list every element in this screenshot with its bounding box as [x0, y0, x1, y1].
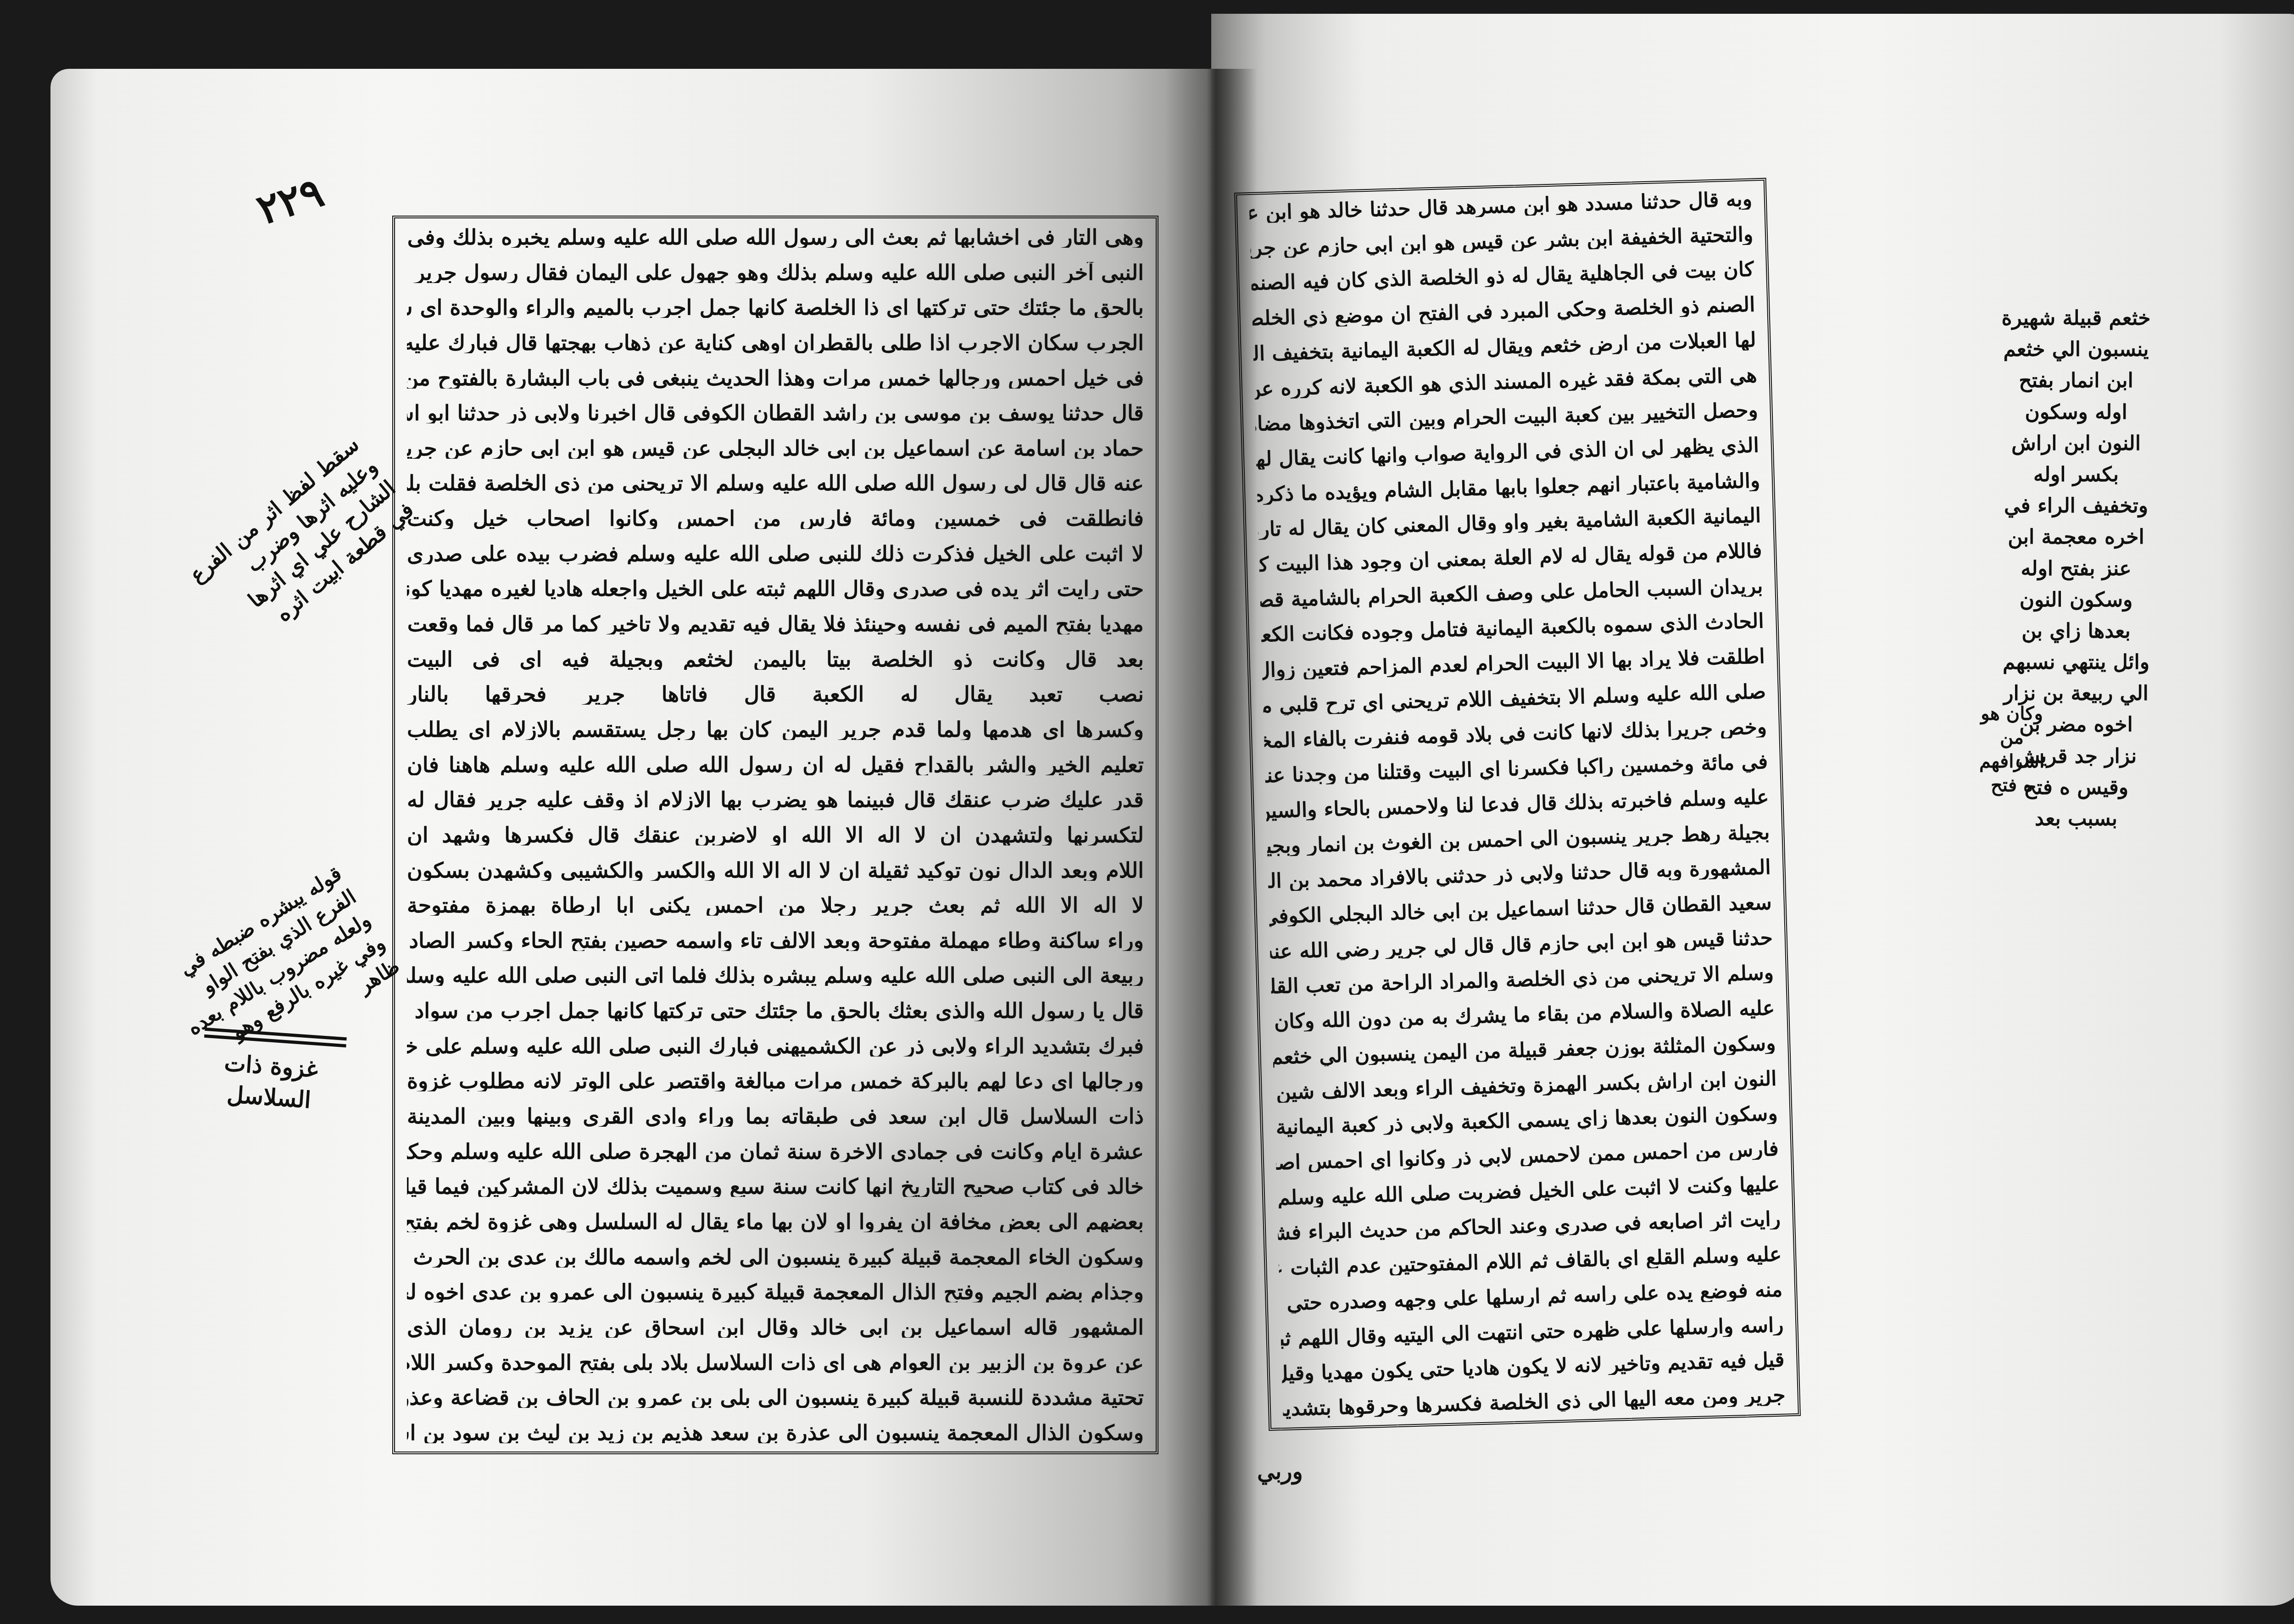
text-line: جرير ومن معه اليها الي ذي الخلصة فكسرها …: [1282, 1385, 1786, 1419]
text-line: رايت اثر اصابعه في صدري وعند الحاكم من ح…: [1278, 1209, 1781, 1244]
left-page-text-block: وهي التار في اخشابها ثم بعث الي رسول الل…: [392, 216, 1158, 1454]
text-line: والشامية باعتبار انهم جعلوا بابها مقابل …: [1257, 471, 1760, 505]
text-line: حدثنا قيس هو ابن ابي حازم قال قال لي جري…: [1270, 928, 1773, 962]
text-line: عشرة ايام وكانت في جمادي الاخرة سنة ثمان…: [407, 1141, 1144, 1162]
margin-note-right-small: وكان هو من اشرافهم ه فتح: [1973, 702, 2051, 797]
text-line: تحتية مشددة للنسبة قبيلة كبيرة ينسبون ال…: [407, 1387, 1144, 1408]
text-line: وخص جريرا بذلك لانها كانت في بلاد قومه ف…: [1264, 717, 1767, 751]
text-line: وسلم الا تريحني من ذي الخلصة والمراد الر…: [1271, 963, 1774, 997]
text-line: والتحتية الخفيفة ابن بشر عن قيس هو ابن ا…: [1250, 224, 1754, 259]
section-heading-text: غزوة ذات السلاسل: [181, 1045, 359, 1118]
text-line: قيل فيه تقديم وتاخير لانه لا يكون هاديا …: [1281, 1350, 1785, 1385]
catchword: وربي: [1257, 1459, 1303, 1485]
text-line: اللام وبعد الدال نون توكيد ثقيلة ان لا ا…: [407, 860, 1144, 881]
text-line: وسكون المثلثة بوزن جعفر قبيلة من اليمن ي…: [1273, 1034, 1776, 1068]
text-line: راسه وارسلها علي ظهره حتي انتهت الي اليت…: [1281, 1315, 1784, 1349]
text-line: حماد بن اسامة عن اسماعيل بن ابي خالد الب…: [407, 438, 1144, 459]
text-line: بالحق ما جئتك حتي تركتها اي ذا الخلصة كا…: [407, 297, 1144, 318]
text-line: ورجالها اي دعا لهم بالبركة خمس مرات مبال…: [407, 1070, 1144, 1091]
text-line: مهديا بفتح الميم في نفسه وحينئذ فلا يقال…: [407, 613, 1144, 634]
right-page-text-block: وبه قال حدثنا مسدد هو ابن مسرهد قال حدثن…: [1234, 178, 1801, 1431]
text-line: عليه الصلاة والسلام من بقاء ما يشرك به م…: [1272, 998, 1775, 1033]
text-line: لا اله الا الله ثم بعث جرير رجلا من احمس…: [407, 895, 1144, 916]
text-line: وسكون الخاء المعجمة قبيلة كبيرة ينسبون ا…: [407, 1246, 1144, 1268]
text-line: بعد قال وكانت ذو الخلصة بيتا باليمن لخثع…: [407, 649, 1144, 670]
text-line: اليمانية الكعبة الشامية بغير واو وقال ال…: [1258, 506, 1761, 540]
text-line: في خيل احمس ورجالها خمس مرات وهذا الحديث…: [407, 367, 1144, 389]
text-line: لتكسرنها ولتشهدن ان لا اله الا الله او ل…: [407, 824, 1144, 845]
text-line: النبي آخر النبي صلي الله عليه وسلم بذلك …: [407, 262, 1144, 283]
text-line: وسكون الذال المعجمة ينسبون الي عذرة بن س…: [407, 1422, 1144, 1443]
text-line: المشهورة وبه قال حدثنا ولابي ذر حدثني با…: [1268, 857, 1771, 892]
text-line: نصب تعبد يقال له الكعبة قال فاتاها جرير …: [407, 684, 1144, 705]
text-line: سعيد القطان قال حدثنا اسماعيل بن ابي خال…: [1269, 893, 1772, 927]
text-line: وكسرها اي هدمها ولما قدم جرير اليمن كان …: [407, 719, 1144, 740]
text-line: ذات السلاسل قال ابن سعد في طبقاته بما ور…: [407, 1106, 1144, 1127]
text-line: قال يا رسول الله والذي بعثك بالحق ما جئت…: [407, 1000, 1144, 1021]
text-line: خالد في كتاب صحيح التاريخ انها كانت سنة …: [407, 1176, 1144, 1197]
text-line: عليه وسلم فاخبرته بذلك قال فدعا لنا ولاح…: [1266, 787, 1769, 822]
text-line: المشهور قاله اسماعيل بن ابي خالد وقال اب…: [407, 1317, 1144, 1338]
text-line: كان بيت في الجاهلية يقال له ذو الخلصة ال…: [1251, 260, 1754, 294]
text-line: فانطلقت في خمسين ومائة فارس من احمس وكان…: [407, 508, 1144, 529]
text-line: النون ابن اراش بكسر الهمزة وتخفيف الراء …: [1274, 1068, 1777, 1103]
text-line: الصنم ذو الخلصة وحكي المبرد في الفتح ان …: [1252, 295, 1755, 329]
margin-section-heading: غزوة ذات السلاسل: [181, 1026, 360, 1118]
text-line: عليه وسلم القلع اي بالقاف ثم اللام المفت…: [1279, 1245, 1782, 1279]
text-line: الحادث الذي سموه بالكعبة اليمانية فتامل …: [1261, 612, 1764, 646]
text-line: لا اثبت علي الخيل فذكرت ذلك للنبي صلي ال…: [407, 543, 1144, 564]
text-line: صلي الله عليه وسلم الا بتخفيف اللام تريح…: [1263, 682, 1766, 716]
text-line: فاللام من قوله يقال له لام العلة بمعني ا…: [1259, 541, 1762, 575]
text-line: تعليم الخير والشر بالقداح فقيل له ان رسو…: [407, 754, 1144, 775]
text-line: ربيعة الي النبي صلي الله عليه وسلم يبشره…: [407, 965, 1144, 986]
text-line: هي التي بمكة فقد غيره المسند الذي هو الك…: [1254, 365, 1757, 400]
text-line: الجرب سكان الاجرب اذا طلي بالقطران اوهي …: [407, 332, 1144, 353]
text-line: وحصل التخيير بين كعبة البيت الحرام وبين …: [1255, 400, 1759, 435]
text-line: بجيلة رهط جرير ينسبون الي احمس بن الغوث …: [1267, 823, 1770, 857]
text-line: فبرك بتشديد الراء ولابي ذر عن الكشميهني …: [407, 1035, 1144, 1057]
text-line: قال حدثنا يوسف بن موسي بن راشد القطان ال…: [407, 402, 1144, 423]
text-line: في مائة وخمسين راكبا فكسرنا اي البيت وقت…: [1265, 752, 1768, 786]
text-line: بريدان السبب الحامل علي وصف الكعبة الحرا…: [1260, 576, 1763, 611]
text-line: وبه قال حدثنا مسدد هو ابن مسرهد قال حدثن…: [1249, 189, 1753, 223]
text-line: منه فوضع يده علي راسه ثم ارسلها علي وجهه…: [1280, 1279, 1783, 1314]
text-line: عنه قال قال لي رسول الله صلي الله عليه و…: [407, 473, 1144, 494]
text-line: فارس من احمس ممن لاحمس لابي ذر وكانوا اي…: [1275, 1139, 1779, 1174]
text-line: اطلقت فلا يراد بها الا البيت الحرام لعدم…: [1262, 646, 1765, 681]
text-line: وسكون النون بعدها زاي يسمي الكعبة ولابي …: [1275, 1104, 1778, 1138]
text-line: حتي رايت اثر يده في صدري وقال اللهم ثبته…: [407, 578, 1144, 599]
text-line: بعضهم الي بعض مخافة ان يفروا او لان بها …: [407, 1211, 1144, 1232]
text-line: عليها وكنت لا اثبت علي الخيل فضربت صلي ا…: [1277, 1174, 1780, 1208]
text-line: الذي يظهر لي ان الذي في الرواية صواب وان…: [1256, 435, 1759, 470]
text-line: قدر عليك ضرب عنقك قال فبينما هو يضرب بها…: [407, 789, 1144, 810]
text-line: لها العبلات من ارض خثعم ويقال له الكعبة …: [1253, 330, 1756, 364]
text-line: وهي التار في اخشابها ثم بعث الي رسول الل…: [407, 227, 1144, 248]
text-line: وجذام بضم الجيم وفتح الذال المعجمة قبيلة…: [407, 1281, 1144, 1302]
text-line: عن عروة بن الزبير بن العوام هي اي ذات ال…: [407, 1352, 1144, 1373]
text-line: وراء ساكنة وطاء مهملة مفتوحة وبعد الالف …: [407, 930, 1144, 951]
